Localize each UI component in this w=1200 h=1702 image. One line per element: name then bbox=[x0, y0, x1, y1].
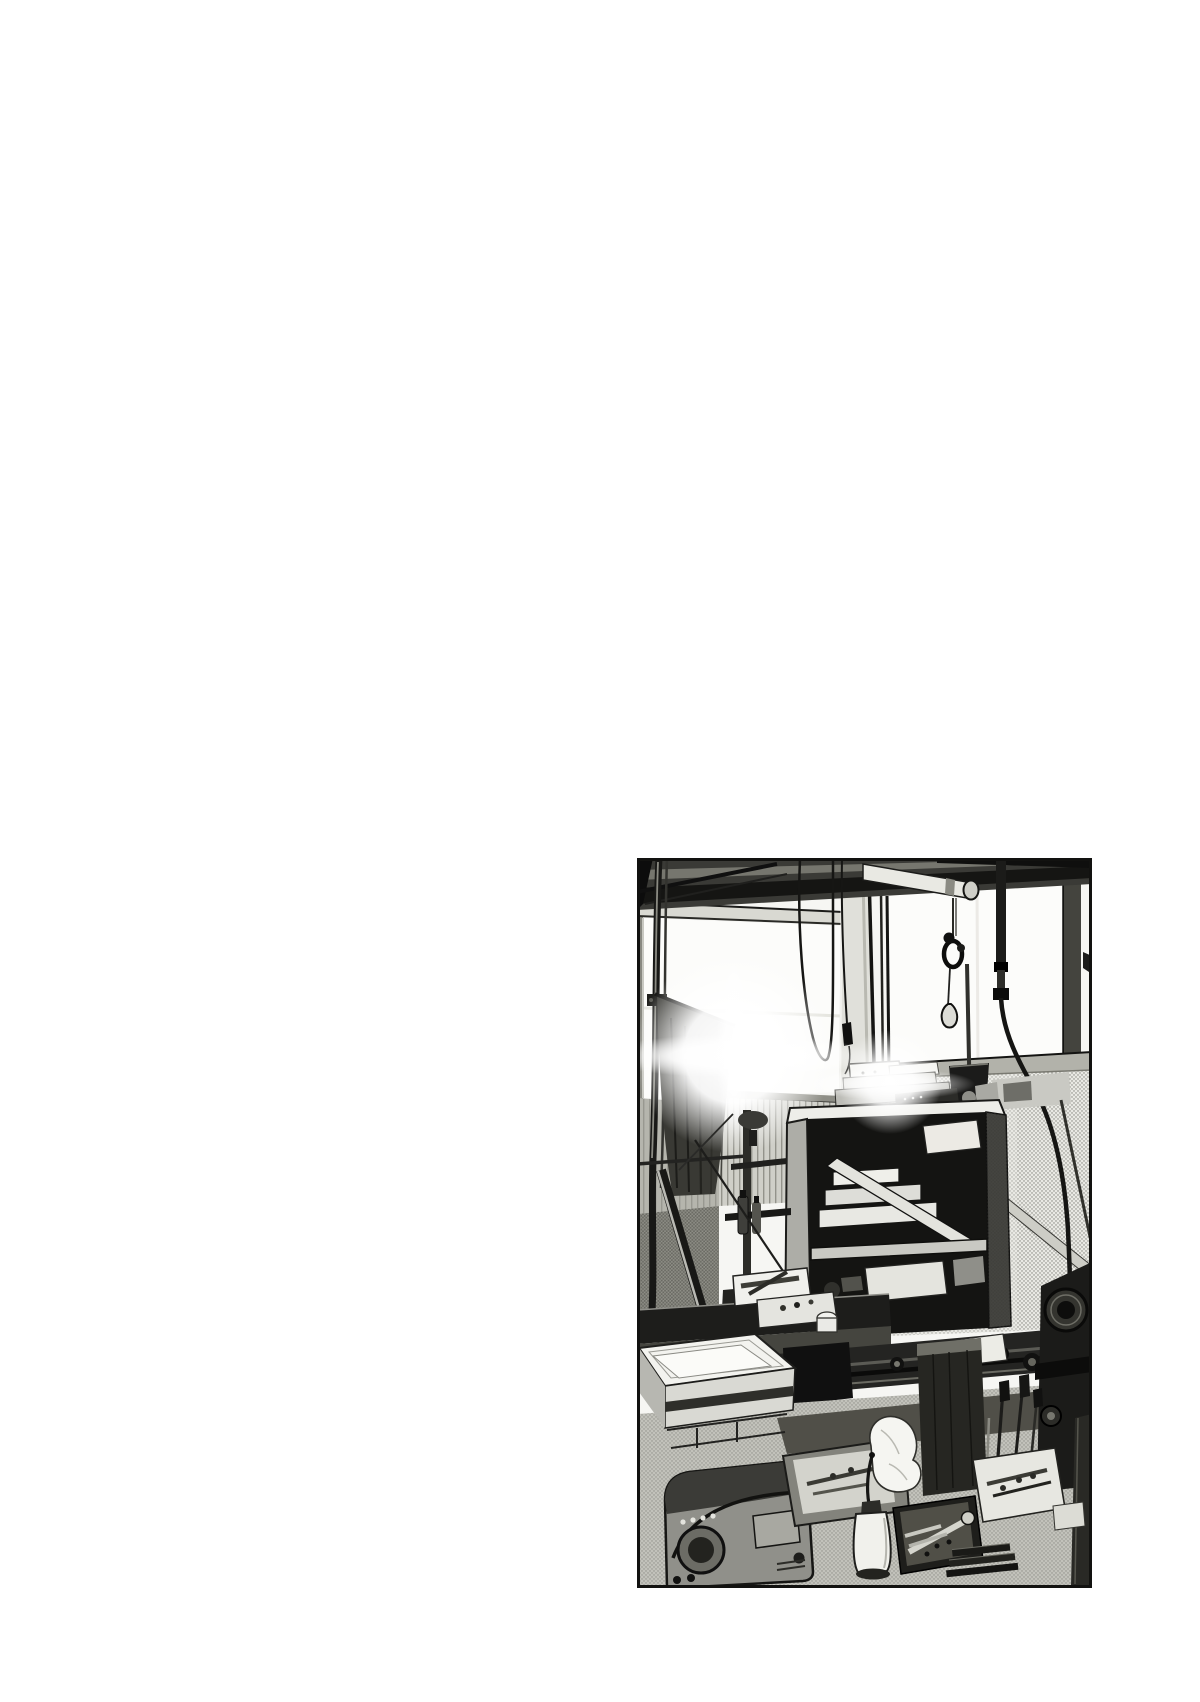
manga-page bbox=[0, 0, 1200, 1702]
workshop-illustration bbox=[637, 858, 1092, 1588]
manga-panel bbox=[637, 858, 1092, 1588]
